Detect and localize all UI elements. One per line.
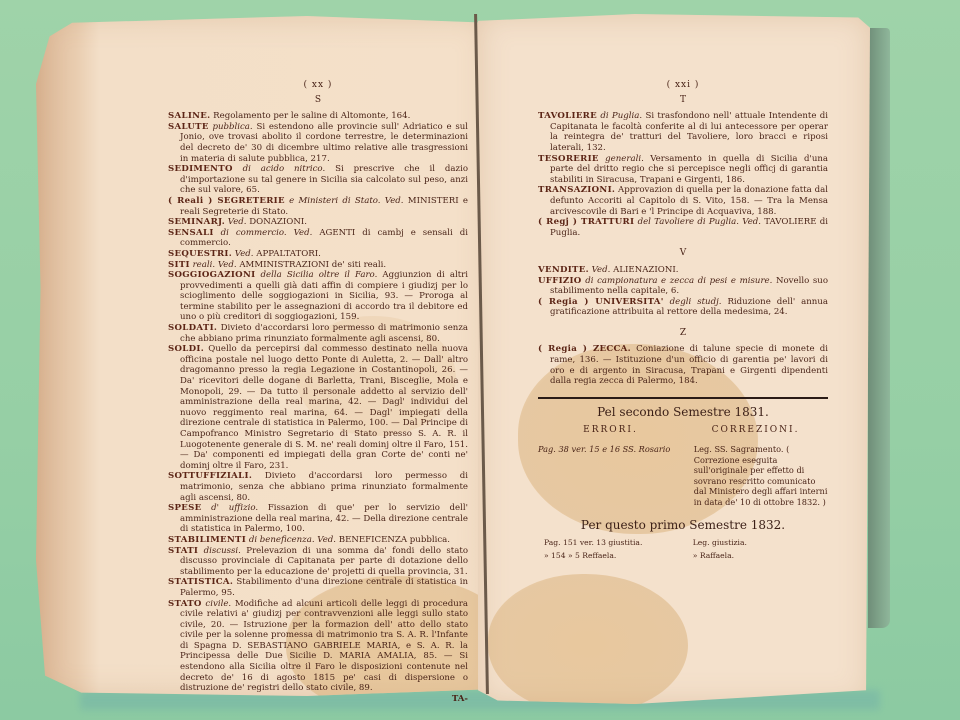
entry-text: BENEFICENZA pubblica. <box>339 535 450 545</box>
book-cover-edge <box>868 28 890 628</box>
entry-text: Regolamento per le saline di Altomonte, … <box>213 111 410 121</box>
entry-keyword: STATISTICA. <box>168 577 233 587</box>
index-entry: SOTTUFFIZIALI. Divieto d'accordarsi loro… <box>168 471 468 503</box>
errata-correction: » Raffaela. <box>693 551 828 562</box>
entry-text: Quello da percepirsi dal commesso destin… <box>180 344 468 471</box>
section-letter: T <box>538 95 828 106</box>
errata-correction: Leg. SS. Sagramento. ( Correzione esegui… <box>694 444 828 508</box>
section-letter: S <box>168 95 468 106</box>
entry-keyword: ( Reali ) SEGRETERIE <box>168 196 285 206</box>
entry-keyword: SALUTE <box>168 122 209 132</box>
entry-keyword: SOLDATI. <box>168 323 217 333</box>
index-entry: SEDIMENTO di acido nitrico. Si prescrive… <box>168 164 468 196</box>
page-number: ( xx ) <box>168 80 468 91</box>
entry-keyword: STATO <box>168 599 202 609</box>
entry-text: Modifiche ad alcuni articoli delle leggi… <box>180 599 468 694</box>
entry-keyword: SPESE <box>168 503 201 513</box>
entry-keyword: SOTTUFFIZIALI. <box>168 471 252 481</box>
errata-error: Pag. 151 ver. 13 giustitia. <box>538 538 693 549</box>
index-entry: STATO civile. Modifiche ad alcuni artico… <box>168 599 468 694</box>
index-entry: SITI reali. Ved. AMMINISTRAZIONI de' sit… <box>168 260 468 271</box>
entry-keyword: SEQUESTRI. <box>168 249 232 259</box>
index-entry: TAVOLIERE di Puglia. Si trasfondono nell… <box>538 111 828 153</box>
errata-col-corrections: CORREZIONI. <box>683 425 828 436</box>
errata-col-errors: ERRORI. <box>538 425 683 436</box>
divider-rule <box>538 397 828 399</box>
index-entry: SEMINARJ. Ved. DONAZIONI. <box>168 217 468 228</box>
errata-row: Pag. 151 ver. 13 giustitia. Leg. giustiz… <box>538 538 828 549</box>
index-entry: SOGGIOGAZIONI della Sicilia oltre il Far… <box>168 270 468 323</box>
index-entry: TRANSAZIONI. Approvazion di quella per l… <box>538 185 828 217</box>
index-entry: ( Regia ) ZECCA. Coniazione di talune sp… <box>538 344 828 386</box>
errata-row: » 154 » 5 Reffaela. » Raffaela. <box>538 551 828 562</box>
index-entry: SALUTE pubblica. Si estendono alle provi… <box>168 122 468 164</box>
entry-qualifier: della Sicilia oltre il Faro. <box>261 270 378 280</box>
errata-error: » 154 » 5 Reffaela. <box>538 551 693 562</box>
section-letter: V <box>538 248 828 259</box>
entry-keyword: ( Regj ) TRATTURI <box>538 217 634 227</box>
errata-title-1831: Pel secondo Semestre 1831. <box>538 407 828 418</box>
index-entry: ( Regj ) TRATTURI del Tavoliere di Pugli… <box>538 217 828 238</box>
entry-text: DONAZIONI. <box>249 217 307 227</box>
entry-qualifier: di Puglia. <box>600 111 642 121</box>
entry-qualifier: Ved. <box>228 217 247 227</box>
index-entry: STATI discussi. Prelevazion di una somma… <box>168 546 468 578</box>
index-entry: SENSALI di commercio. Ved. AGENTI di cam… <box>168 228 468 249</box>
entry-keyword: TAVOLIERE <box>538 111 597 121</box>
catchword: TA- <box>168 694 468 705</box>
index-entry: UFFIZIO di campionatura e zecca di pesi … <box>538 276 828 297</box>
index-entry: STABILIMENTI di beneficenza. Ved. BENEFI… <box>168 535 468 546</box>
entry-qualifier: civile. <box>205 599 231 609</box>
entry-qualifier: degli studj. <box>670 297 722 307</box>
index-entry: ( Regia ) UNIVERSITA' degli studj. Riduz… <box>538 297 828 318</box>
entry-qualifier: pubblica. <box>212 122 252 132</box>
errata-header: ERRORI. CORREZIONI. <box>538 425 828 436</box>
entry-keyword: SITI <box>168 260 190 270</box>
index-sections: TTAVOLIERE di Puglia. Si trasfondono nel… <box>538 95 828 387</box>
entry-keyword: SOLDI. <box>168 344 204 354</box>
entry-qualifier: discussi. <box>204 546 241 556</box>
index-entry: SEQUESTRI. Ved. APPALTATORI. <box>168 249 468 260</box>
entry-keyword: STABILIMENTI <box>168 535 246 545</box>
entry-qualifier: di campionatura e zecca di pesi e misure… <box>585 276 772 286</box>
entry-text: ALIENAZIONI. <box>613 265 678 275</box>
water-stain <box>488 574 688 714</box>
entry-qualifier: reali. Ved. <box>193 260 237 270</box>
entry-qualifier: di commercio. Ved. <box>221 228 313 238</box>
entry-keyword: TESORERIE <box>538 154 599 164</box>
index-entry: TESORERIE generali. Versamento in quella… <box>538 154 828 186</box>
entry-keyword: UFFIZIO <box>538 276 582 286</box>
entry-qualifier: e Ministeri di Stato. Ved. <box>289 196 403 206</box>
entry-qualifier: di beneficenza. Ved. <box>249 535 336 545</box>
index-entry: VENDITE. Ved. ALIENAZIONI. <box>538 265 828 276</box>
section-letter: Z <box>538 328 828 339</box>
errata-row: Pag. 38 ver. 15 e 16 SS. Rosario Leg. SS… <box>538 444 828 508</box>
entry-qualifier: generali. <box>605 154 644 164</box>
entry-keyword: SEMINARJ. <box>168 217 225 227</box>
left-page-text: ( xx ) S SALINE. Regolamento per le sali… <box>168 80 468 704</box>
index-entry: ( Reali ) SEGRETERIE e Ministeri di Stat… <box>168 196 468 217</box>
entry-text: Divieto d'accordarsi loro permesso di ma… <box>180 323 468 344</box>
entry-qualifier: d' uffizio. <box>211 503 258 513</box>
errata-error: Pag. 38 ver. 15 e 16 SS. Rosario <box>538 444 686 508</box>
entry-keyword: TRANSAZIONI. <box>538 185 615 195</box>
errata-title-1832: Per questo primo Semestre 1832. <box>538 520 828 531</box>
index-entry: SALINE. Regolamento per le saline di Alt… <box>168 111 468 122</box>
entry-qualifier: del Tavoliere di Puglia. Ved. <box>638 217 761 227</box>
entry-keyword: SALINE. <box>168 111 210 121</box>
entry-text: APPALTATORI. <box>256 249 321 259</box>
entry-qualifier: Ved. <box>592 265 611 275</box>
errata-correction: Leg. giustizia. <box>693 538 828 549</box>
right-page-text: ( xxi ) TTAVOLIERE di Puglia. Si trasfon… <box>538 80 828 561</box>
entry-qualifier: Ved. <box>235 249 254 259</box>
index-entry: SOLDI. Quello da percepirsi dal commesso… <box>168 344 468 471</box>
entry-keyword: SEDIMENTO <box>168 164 233 174</box>
index-entries: SALINE. Regolamento per le saline di Alt… <box>168 111 468 694</box>
entry-keyword: ( Regia ) ZECCA. <box>538 344 631 354</box>
entry-text: AMMINISTRAZIONI de' siti reali. <box>239 260 386 270</box>
index-entry: STATISTICA. Stabilimento d'una direzione… <box>168 577 468 598</box>
entry-keyword: VENDITE. <box>538 265 589 275</box>
index-entry: SPESE d' uffizio. Fissazion di que' per … <box>168 503 468 535</box>
entry-keyword: SOGGIOGAZIONI <box>168 270 255 280</box>
entry-keyword: ( Regia ) UNIVERSITA' <box>538 297 664 307</box>
entry-keyword: SENSALI <box>168 228 214 238</box>
index-entry: SOLDATI. Divieto d'accordarsi loro perme… <box>168 323 468 344</box>
entry-keyword: STATI <box>168 546 198 556</box>
entry-qualifier: di acido nitrico. <box>243 164 326 174</box>
page-number: ( xxi ) <box>538 80 828 91</box>
